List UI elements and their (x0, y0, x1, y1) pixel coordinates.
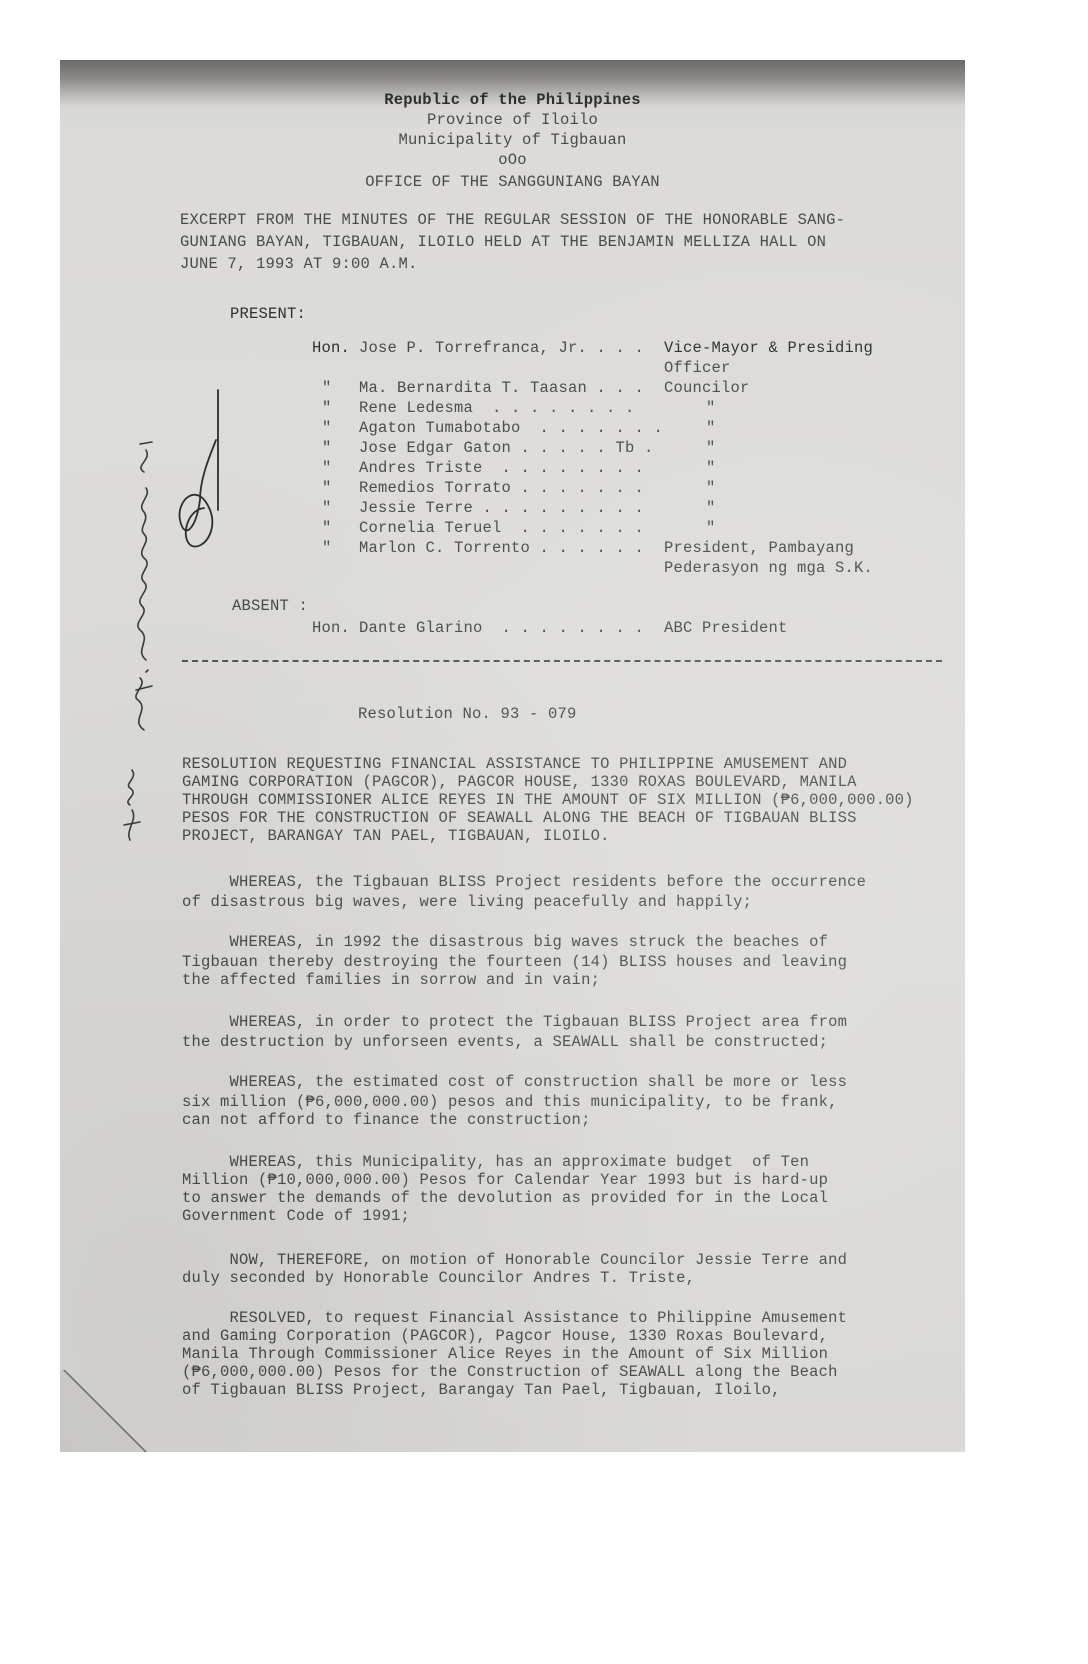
paragraph-line: Government Code of 1991; (182, 1206, 410, 1226)
paragraph-line: of Tigbauan BLISS Project, Barangay Tan … (182, 1380, 781, 1400)
resolution-title-line: RESOLUTION REQUESTING FINANCIAL ASSISTAN… (182, 754, 847, 774)
paragraph-line: to answer the demands of the devolution … (182, 1188, 828, 1208)
attendee-position: " (706, 438, 716, 458)
paragraph-line: and Gaming Corporation (PAGCOR), Pagcor … (182, 1326, 828, 1346)
attendee-name: Jose P. Torrefranca, Jr. . . . (359, 338, 644, 358)
attendee-position: " (706, 518, 716, 538)
attendee-name: Andres Triste . . . . . . . . (359, 458, 644, 478)
attendee-position: " (706, 398, 716, 418)
attendee-position: Councilor (664, 378, 750, 398)
attendee-position-cont: Officer (664, 358, 731, 378)
absent-label: ABSENT : (232, 596, 308, 616)
header-republic: Republic of the Philippines (60, 90, 965, 110)
attendee-name: Ma. Bernardita T. Taasan . . . (359, 378, 644, 398)
excerpt-line: EXCERPT FROM THE MINUTES OF THE REGULAR … (180, 210, 845, 230)
attendee-name: Jose Edgar Gaton . . . . . Tb . (359, 438, 654, 458)
page-fold-corner (60, 1370, 150, 1452)
resolution-title-line: GAMING CORPORATION (PAGCOR), PAGCOR HOUS… (182, 772, 857, 792)
paragraph-line: can not afford to finance the constructi… (182, 1110, 591, 1130)
attendee-prefix: Hon. (312, 338, 350, 358)
header-ornament: oOo (60, 150, 965, 170)
ditto-mark: " (322, 438, 332, 458)
attendee-name: Cornelia Teruel . . . . . . . (359, 518, 644, 538)
ditto-mark: " (322, 458, 332, 478)
paragraph-line: Tigbauan thereby destroying the fourteen… (182, 952, 847, 972)
resolution-title-line: THROUGH COMMISSIONER ALICE REYES IN THE … (182, 790, 914, 810)
section-divider (182, 660, 942, 662)
paragraph-line: WHEREAS, in 1992 the disastrous big wave… (182, 932, 828, 952)
attendee-position: " (706, 458, 716, 478)
ditto-mark: " (322, 538, 332, 558)
paragraph-line: NOW, THEREFORE, on motion of Honorable C… (182, 1250, 847, 1270)
attendee-name: Agaton Tumabotabo . . . . . . . (359, 418, 663, 438)
excerpt-line: JUNE 7, 1993 AT 9:00 A.M. (180, 254, 418, 274)
ditto-mark: " (322, 478, 332, 498)
paragraph-line: the destruction by unforseen events, a S… (182, 1032, 828, 1052)
attendee-position: Vice-Mayor & Presiding (664, 338, 873, 358)
attendee-prefix: Hon. (312, 618, 350, 638)
paragraph-line: WHEREAS, the estimated cost of construct… (182, 1072, 847, 1092)
paragraph-line: the affected families in sorrow and in v… (182, 970, 600, 990)
attendee-position-cont: Pederasyon ng mga S.K. (664, 558, 873, 578)
ditto-mark: " (322, 498, 332, 518)
present-label: PRESENT: (230, 304, 306, 324)
resolution-number: Resolution No. 93 - 079 (358, 704, 577, 724)
attendee-position: " (706, 498, 716, 518)
ditto-mark: " (322, 518, 332, 538)
header-municipality: Municipality of Tigbauan (60, 130, 965, 150)
paragraph-line: duly seconded by Honorable Councilor And… (182, 1268, 695, 1288)
header-office: OFFICE OF THE SANGGUNIANG BAYAN (60, 172, 965, 192)
attendee-position: ABC President (664, 618, 788, 638)
attendee-name: Jessie Terre . . . . . . . . . (359, 498, 644, 518)
paragraph-line: Million (₱10,000,000.00) Pesos for Calen… (182, 1170, 828, 1190)
paragraph-line: of disastrous big waves, were living pea… (182, 892, 752, 912)
document-page: Republic of the Philippines Province of … (60, 60, 965, 1452)
resolution-title-line: PESOS FOR THE CONSTRUCTION OF SEAWALL AL… (182, 808, 857, 828)
paragraph-line: WHEREAS, in order to protect the Tigbaua… (182, 1012, 847, 1032)
ditto-mark: " (322, 398, 332, 418)
attendee-name: Marlon C. Torrento . . . . . . (359, 538, 644, 558)
attendee-name: Rene Ledesma . . . . . . . . (359, 398, 635, 418)
header-province: Province of Iloilo (60, 110, 965, 130)
paragraph-line: WHEREAS, this Municipality, has an appro… (182, 1152, 809, 1172)
attendee-name: Remedios Torrato . . . . . . . (359, 478, 644, 498)
paragraph-line: (₱6,000,000.00) Pesos for the Constructi… (182, 1362, 838, 1382)
excerpt-line: GUNIANG BAYAN, TIGBAUAN, ILOILO HELD AT … (180, 232, 826, 252)
attendee-position: " (706, 478, 716, 498)
ditto-mark: " (322, 418, 332, 438)
ditto-mark: " (322, 378, 332, 398)
paragraph-line: six million (₱6,000,000.00) pesos and th… (182, 1092, 838, 1112)
attendee-position: " (706, 418, 716, 438)
paragraph-line: RESOLVED, to request Financial Assistanc… (182, 1308, 847, 1328)
handwritten-attestation (100, 360, 220, 860)
paragraph-line: Manila Through Commissioner Alice Reyes … (182, 1344, 828, 1364)
attendee-name: Dante Glarino . . . . . . . . (359, 618, 644, 638)
attendee-position: President, Pambayang (664, 538, 854, 558)
paragraph-line: WHEREAS, the Tigbauan BLISS Project resi… (182, 872, 866, 892)
resolution-title-line: PROJECT, BARANGAY TAN PAEL, TIGBAUAN, IL… (182, 826, 610, 846)
